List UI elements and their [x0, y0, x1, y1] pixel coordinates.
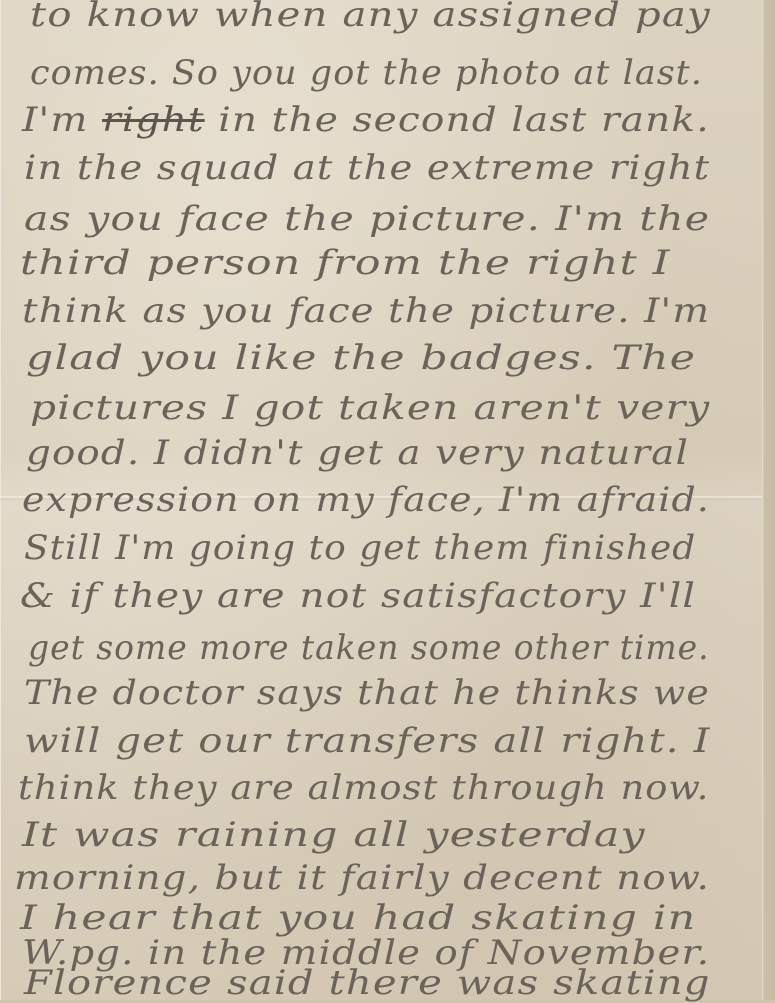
- text-line-13: & if they are not satisfactory I'll: [20, 579, 696, 613]
- text-line-1: to know when any assigned pay: [30, 0, 711, 32]
- text-line-14: get some more taken some other time.: [28, 631, 710, 665]
- text-line-10: good. I didn't get a very natural: [26, 436, 689, 470]
- text-line-20: I hear that you had skating in: [20, 901, 696, 935]
- text-line-8: glad you like the badges. The: [26, 341, 696, 375]
- text-line-11: expression on my face, I'm afraid.: [22, 483, 710, 517]
- text-line-5: as you face the picture. I'm the: [24, 202, 710, 236]
- text-line-22: Florence said there was skating: [24, 966, 711, 1000]
- text-line-19: morning, but it fairly decent now.: [14, 861, 710, 895]
- text-line-17: think they are almost through now.: [18, 771, 709, 805]
- page-edge: [762, 0, 775, 1000]
- text-line-2: comes. So you got the photo at last.: [30, 56, 703, 90]
- text-line-16: will get our transfers all right. I: [24, 724, 711, 758]
- text-line-15: The doctor says that he thinks we: [24, 676, 710, 710]
- text-line-3: I'm right in the second last rank.: [22, 103, 710, 137]
- text-fragment: in the second last rank.: [205, 100, 710, 140]
- text-fragment: I'm: [22, 100, 102, 140]
- text-line-4: in the squad at the extreme right: [24, 151, 710, 185]
- text-line-7: think as you face the picture. I'm: [22, 294, 710, 328]
- text-line-12: Still I'm going to get them finished: [24, 531, 696, 565]
- handwritten-text: to know when any assigned pay comes. So …: [0, 0, 762, 1000]
- text-line-6: third person from the right I: [20, 246, 671, 280]
- text-line-18: It was raining all yesterday: [22, 818, 646, 852]
- text-line-9: pictures I got taken aren't very: [30, 391, 710, 425]
- crossed-out-word: right: [102, 100, 205, 140]
